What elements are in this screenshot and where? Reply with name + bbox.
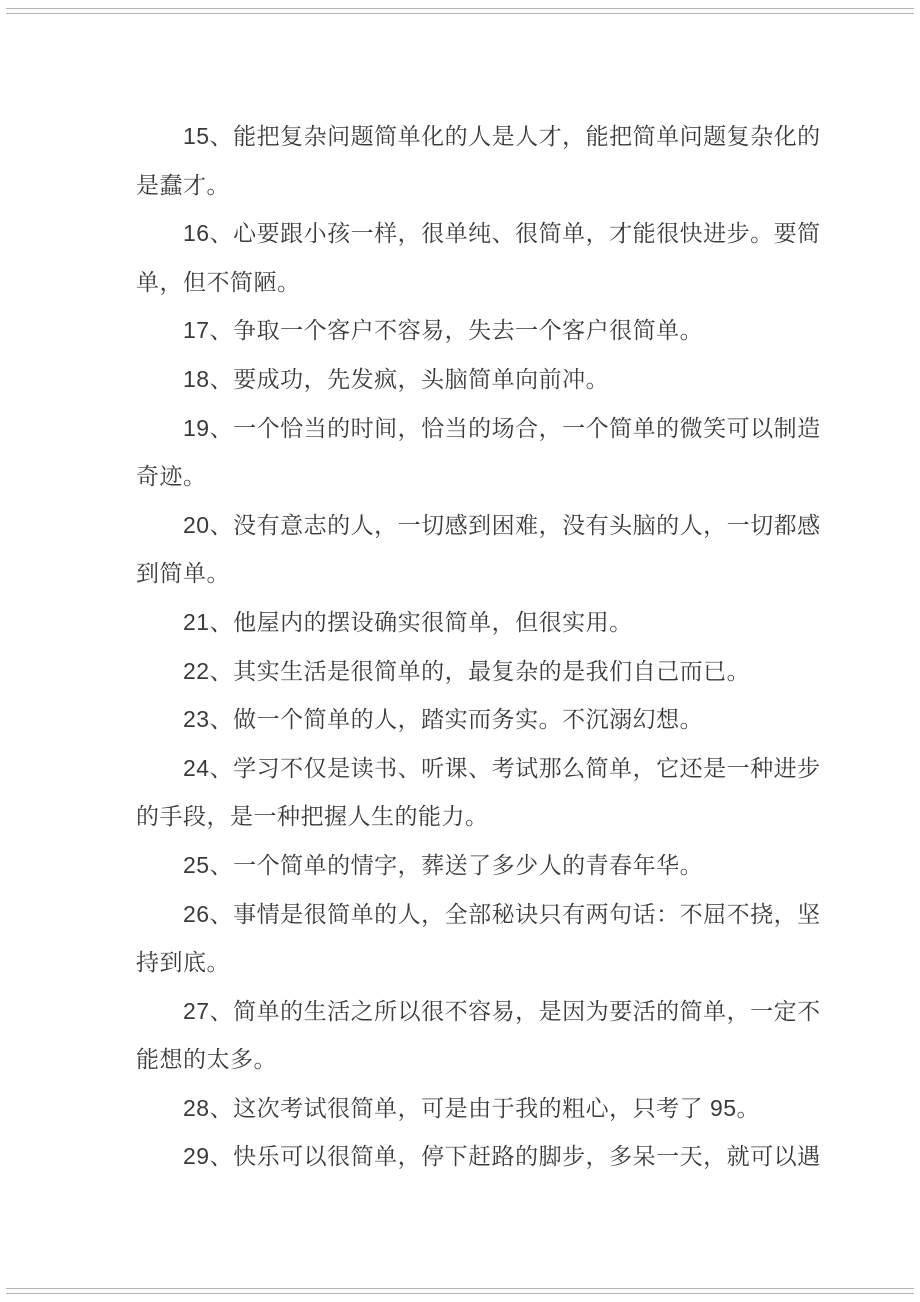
quote-item-20-continuation: 到简单。 [136, 549, 836, 598]
quote-item-19-continuation: 奇迹。 [136, 452, 836, 501]
quote-list: 15、能把复杂问题简单化的人是人才，能把简单问题复杂化的是蠢才。16、心要跟小孩… [136, 112, 836, 1181]
quote-item-22: 22、其实生活是很简单的，最复杂的是我们自己而已。 [136, 647, 836, 696]
quote-item-25: 25、一个简单的情字，葬送了多少人的青春年华。 [136, 841, 836, 890]
quote-item-29: 29、快乐可以很简单，停下赶路的脚步，多呆一天，就可以遇 [136, 1132, 836, 1181]
quote-item-17: 17、争取一个客户不容易，失去一个客户很简单。 [136, 306, 836, 355]
quote-item-20: 20、没有意志的人，一切感到困难，没有头脑的人，一切都感 [136, 501, 836, 550]
quote-item-19: 19、一个恰当的时间，恰当的场合，一个简单的微笑可以制造 [136, 404, 836, 453]
quote-item-23: 23、做一个简单的人，踏实而务实。不沉溺幻想。 [136, 695, 836, 744]
page-border-bottom-inner [6, 1288, 914, 1289]
page-border-top-outer [6, 8, 914, 9]
quote-item-16: 16、心要跟小孩一样，很单纯、很简单，才能很快进步。要简 [136, 209, 836, 258]
quote-item-27-continuation: 能想的太多。 [136, 1035, 836, 1084]
page-border-bottom-outer [6, 1293, 914, 1294]
quote-item-24-continuation: 的手段，是一种把握人生的能力。 [136, 792, 836, 841]
document-page: 15、能把复杂问题简单化的人是人才，能把简单问题复杂化的是蠢才。16、心要跟小孩… [0, 0, 920, 1302]
quote-item-18: 18、要成功，先发疯，头脑简单向前冲。 [136, 355, 836, 404]
quote-item-16-continuation: 单，但不简陋。 [136, 258, 836, 307]
quote-item-21: 21、他屋内的摆设确实很简单，但很实用。 [136, 598, 836, 647]
quote-item-15: 15、能把复杂问题简单化的人是人才，能把简单问题复杂化的 [136, 112, 836, 161]
quote-item-27: 27、简单的生活之所以很不容易，是因为要活的简单，一定不 [136, 987, 836, 1036]
page-border-top-inner [6, 13, 914, 14]
quote-item-24: 24、学习不仅是读书、听课、考试那么简单，它还是一种进步 [136, 744, 836, 793]
quote-item-15-continuation: 是蠢才。 [136, 161, 836, 210]
quote-item-28: 28、这次考试很简单，可是由于我的粗心，只考了 95。 [136, 1084, 836, 1133]
quote-item-26: 26、事情是很简单的人，全部秘诀只有两句话：不屈不挠，坚 [136, 890, 836, 939]
quote-item-26-continuation: 持到底。 [136, 938, 836, 987]
